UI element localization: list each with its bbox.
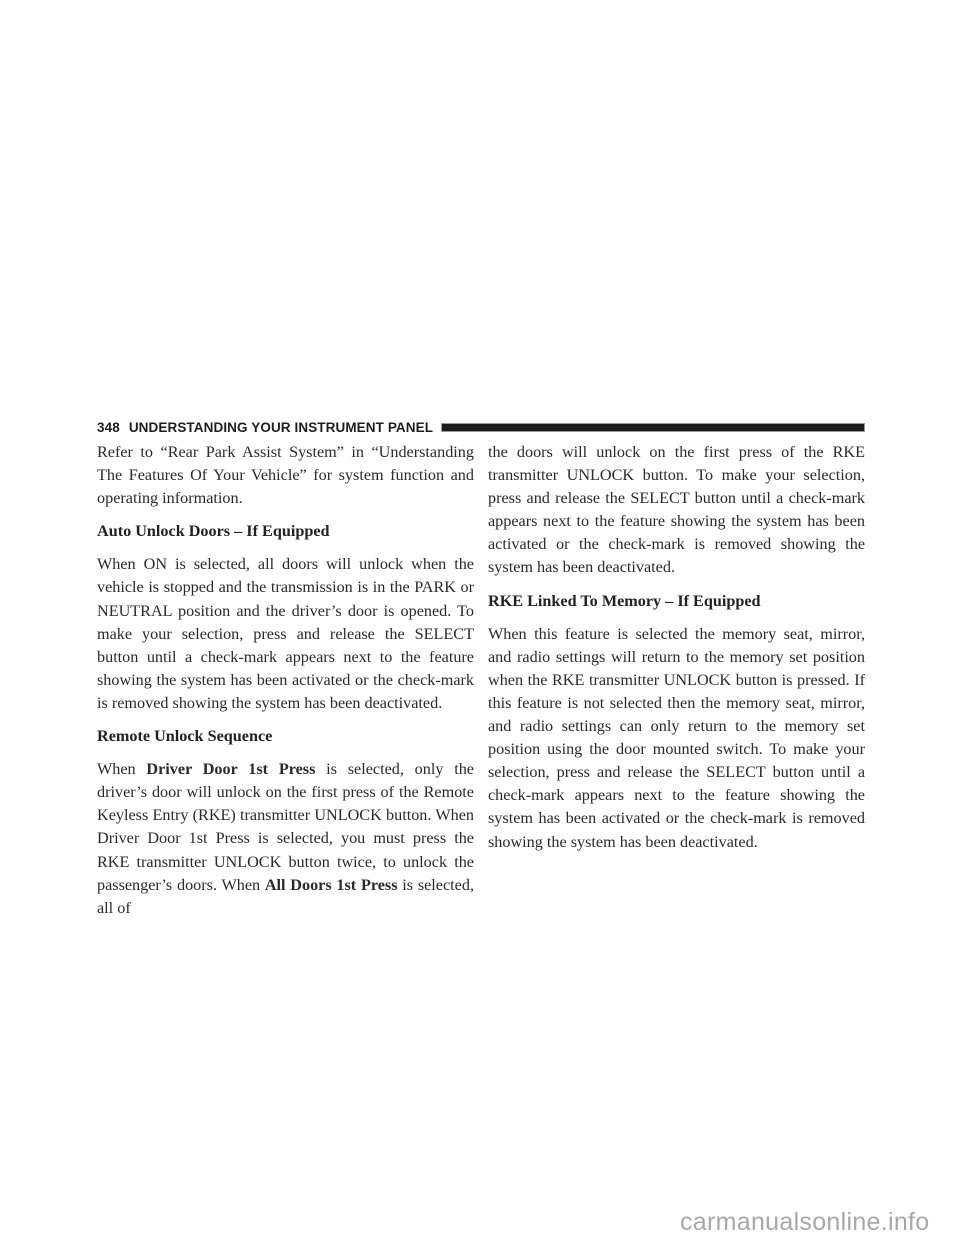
driver-door-1st-press-term: Driver Door 1st Press	[146, 760, 315, 778]
auto-unlock-heading: Auto Unlock Doors – If Equipped	[97, 520, 474, 543]
left-column: Refer to “Rear Park Assist System” in “U…	[97, 441, 474, 930]
rke-memory-heading: RKE Linked To Memory – If Equipped	[488, 590, 865, 613]
right-column: the doors will unlock on the first press…	[488, 441, 865, 864]
page-number: 348	[97, 420, 120, 435]
header-rule-bar	[441, 423, 865, 432]
remote-unlock-text-2: is selected, only the driver’s door will…	[97, 760, 474, 893]
auto-unlock-body: When ON is selected, all doors will unlo…	[97, 553, 474, 715]
page-header: 348 UNDERSTANDING YOUR INSTRUMENT PANEL	[97, 419, 865, 435]
rke-memory-body: When this feature is selected the memory…	[488, 623, 865, 854]
all-doors-1st-press-term: All Doors 1st Press	[265, 876, 398, 894]
remote-unlock-body: When Driver Door 1st Press is selected, …	[97, 758, 474, 920]
intro-paragraph: Refer to “Rear Park Assist System” in “U…	[97, 441, 474, 510]
site-watermark: carmanualsonline.info	[680, 1208, 930, 1237]
section-title: UNDERSTANDING YOUR INSTRUMENT PANEL	[129, 420, 433, 435]
remote-unlock-continuation: the doors will unlock on the first press…	[488, 441, 865, 580]
remote-unlock-heading: Remote Unlock Sequence	[97, 725, 474, 748]
remote-unlock-text-1: When	[97, 760, 146, 778]
